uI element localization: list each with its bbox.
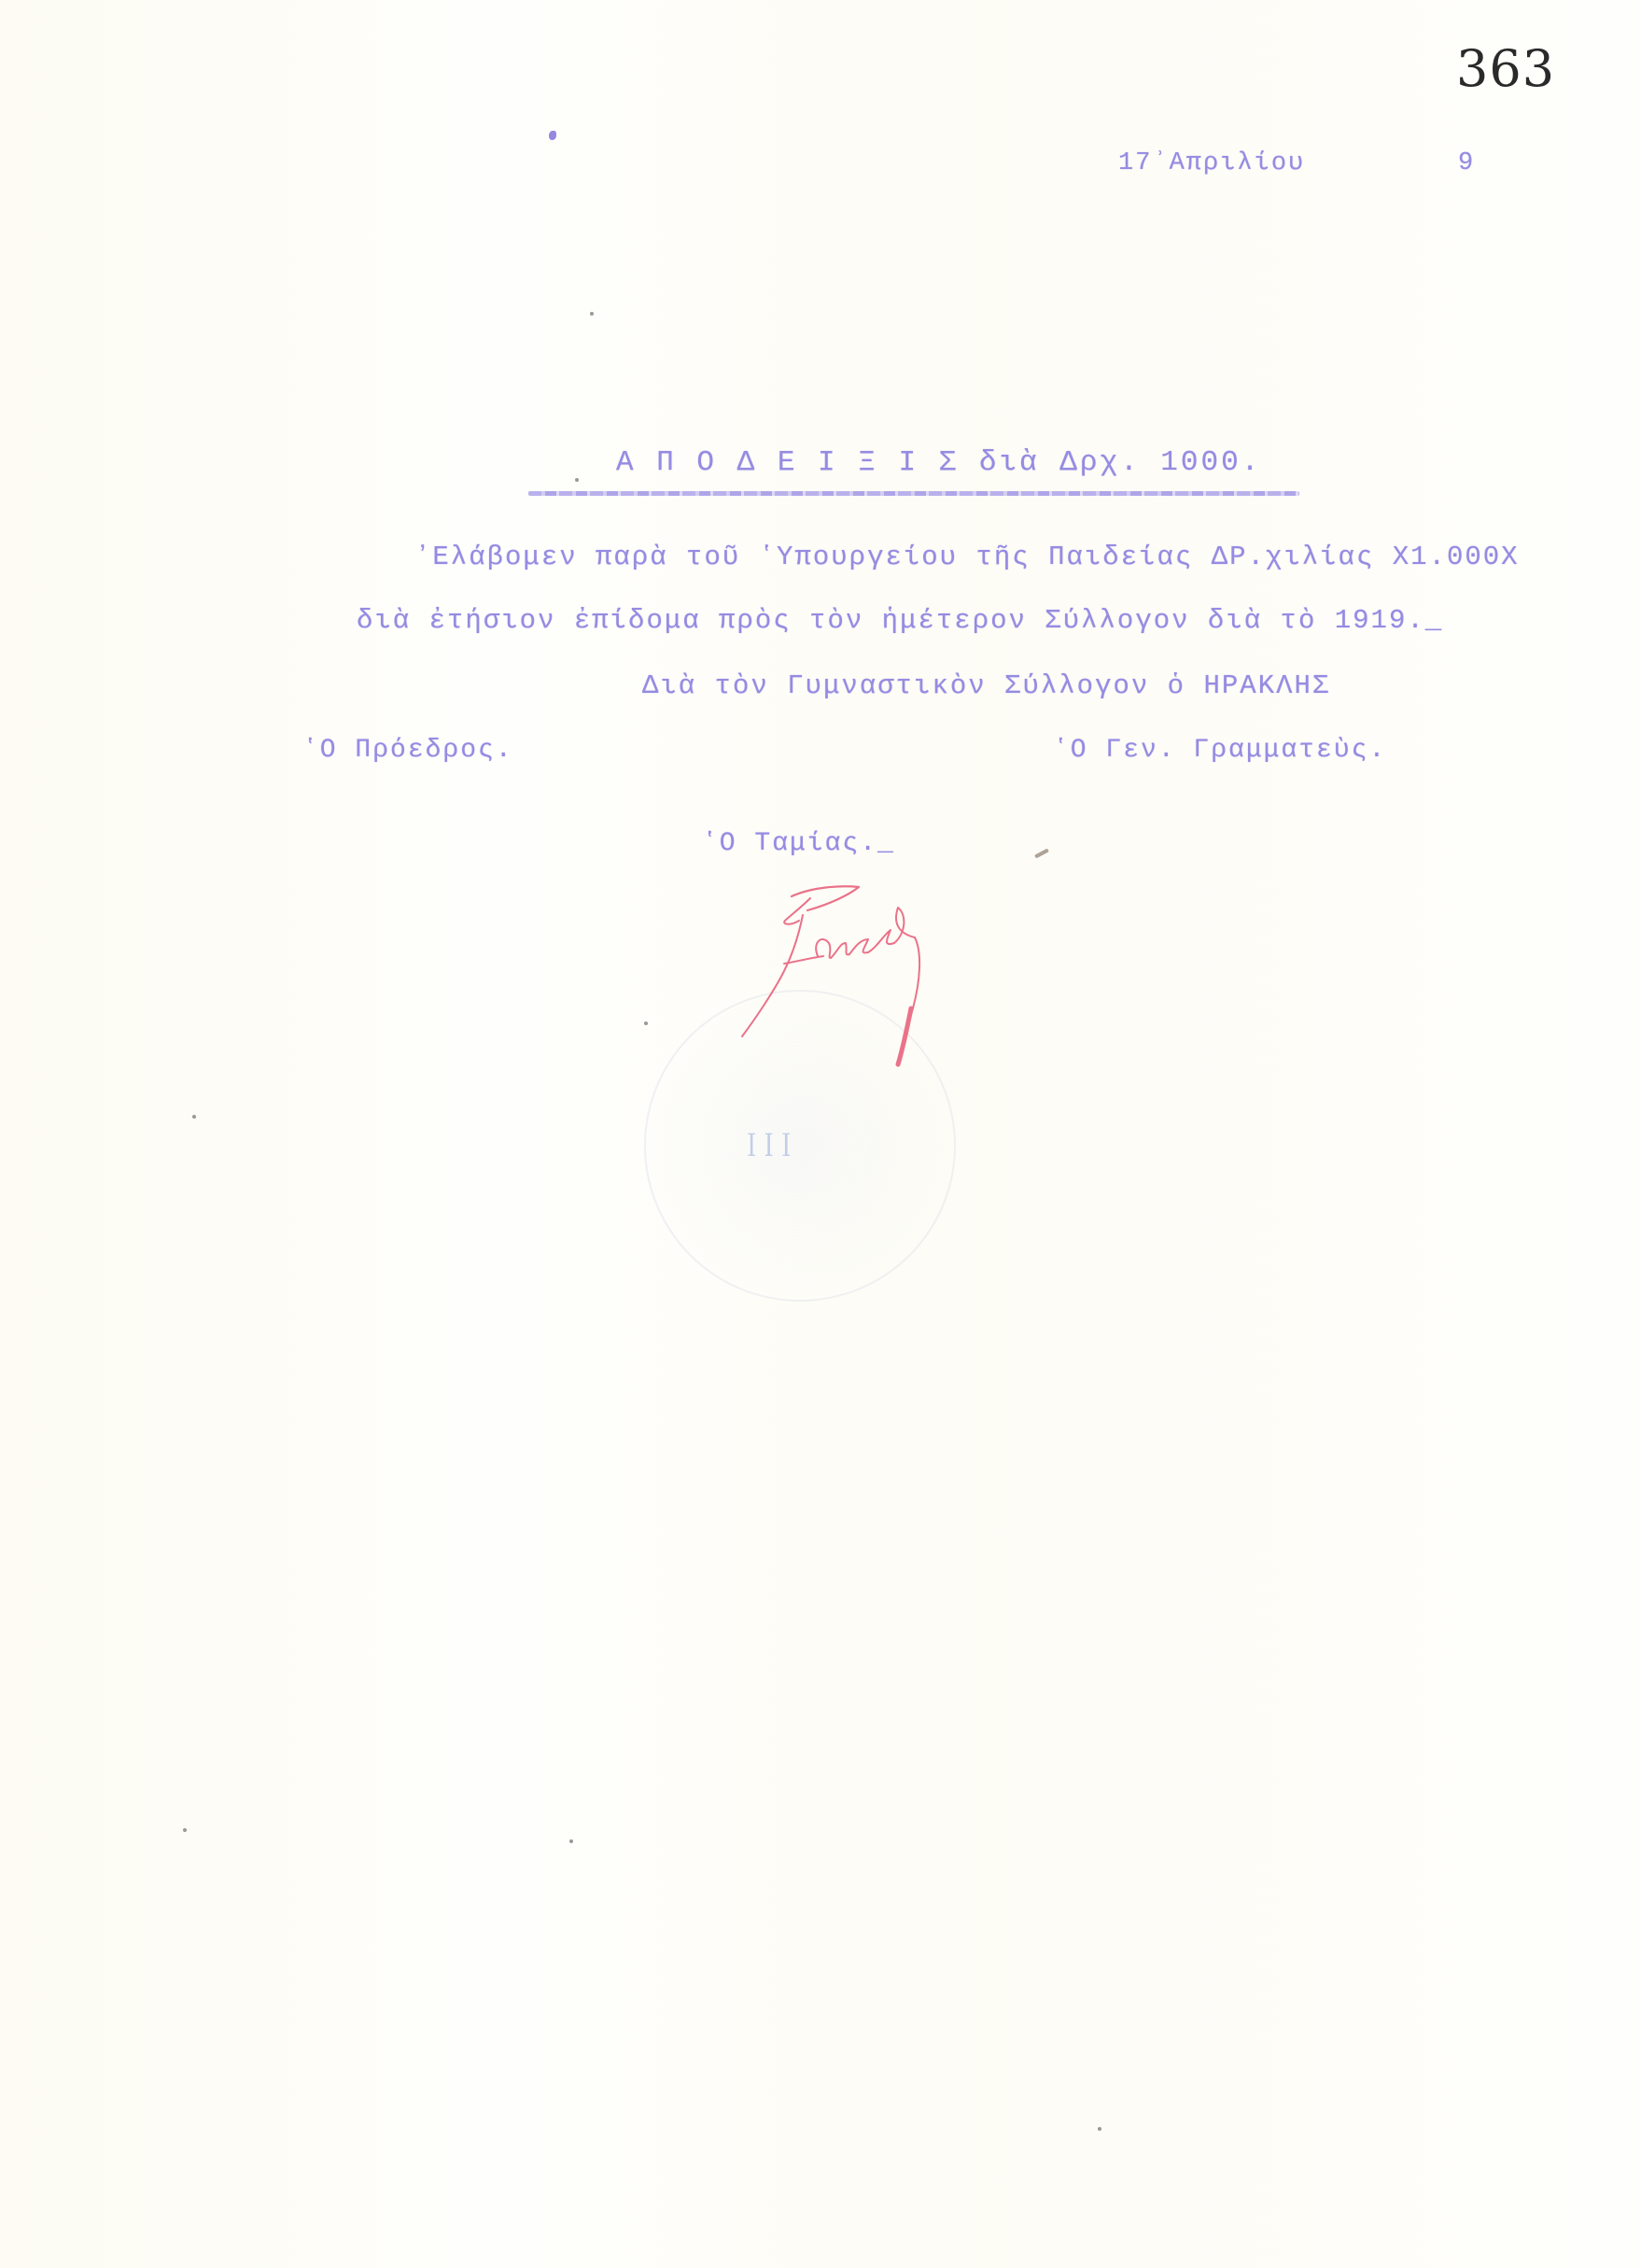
title-underline (528, 491, 1299, 496)
document-page: 363 17ʾΑπριλίου 9 Α Π Ο Δ Ε Ι Ξ Ι Σ διὰ … (0, 0, 1641, 2268)
faded-seal-mark: ꟾ ꟾ ꟾ (747, 1134, 791, 1162)
signatory-treasurer: ʽΟ Ταμίας._ (702, 829, 895, 858)
paper-speck (569, 1839, 573, 1843)
page-number: 363 (1456, 39, 1555, 98)
document-date: 17ʾΑπριλίου (1118, 149, 1305, 177)
ink-blot (549, 131, 556, 140)
signatory-president: ʽΟ Πρόεδρος. (302, 736, 513, 765)
paper-speck (192, 1115, 196, 1119)
document-date-year: 9 (1458, 149, 1475, 177)
receipt-body-line: Διὰ τὸν Γυμναστικὸν Σύλλογον ὁ ΗΡΑΚΛΗΣ (642, 670, 1330, 701)
pencil-mark (1034, 848, 1049, 858)
paper-speck (644, 1021, 648, 1025)
receipt-body-line: ʼΕλάβομεν παρὰ τοῦ ʽΥπουργείου τῆς Παιδε… (414, 542, 1520, 572)
paper-speck (183, 1828, 187, 1832)
handwritten-signature: Παπαδ (737, 878, 980, 1092)
paper-speck (575, 478, 579, 482)
receipt-body-line: διὰ ἐτήσιον ἐπίδομα πρὸς τὸν ἡμέτερον Σύ… (357, 605, 1443, 636)
paper-speck (1098, 2127, 1101, 2131)
receipt-title: Α Π Ο Δ Ε Ι Ξ Ι Σ διὰ Δρχ. 1000. (616, 446, 1261, 479)
signatory-general-secretary: ʽΟ Γεν. Γραμματεὺς. (1053, 736, 1386, 765)
paper-speck (590, 312, 594, 316)
